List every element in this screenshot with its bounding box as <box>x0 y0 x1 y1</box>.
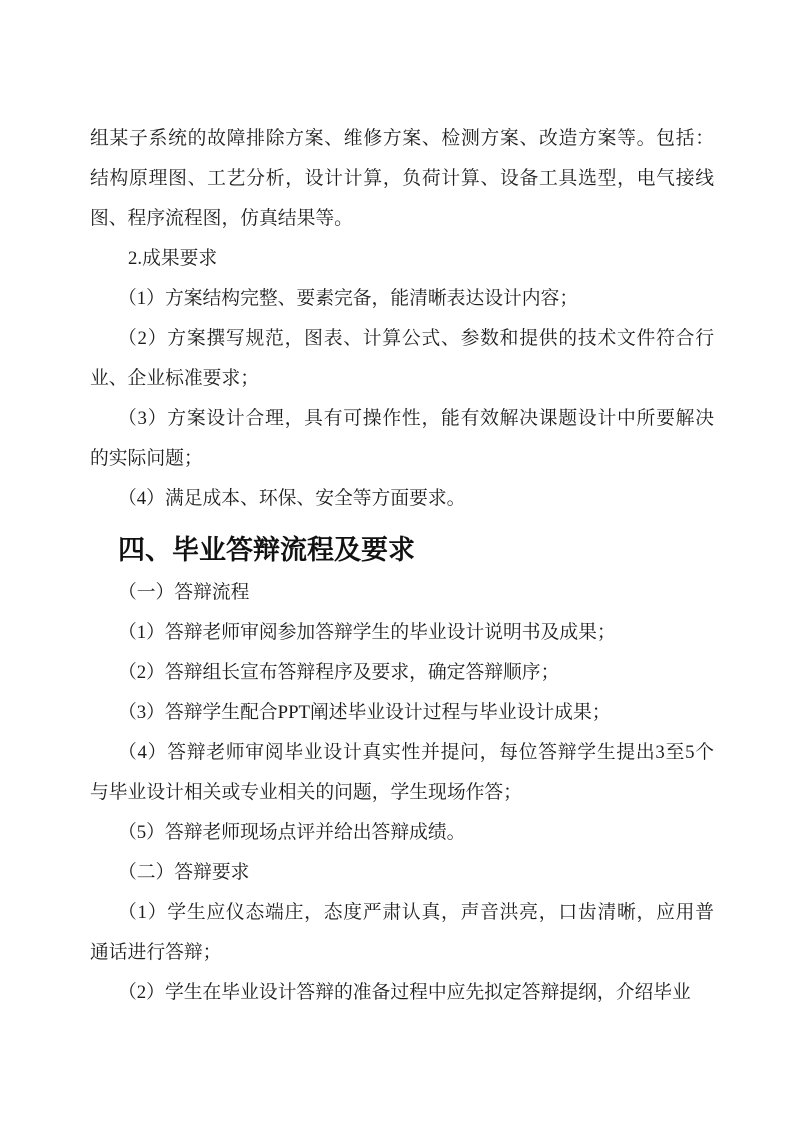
text-line: （4）满足成本、环保、安全等方面要求。 <box>90 479 714 519</box>
text-line: （2）学生在毕业设计答辩的准备过程中应先拟定答辩提纲，介绍毕业 <box>90 973 714 1013</box>
text-line: （二）答辩要求 <box>90 853 714 893</box>
text-line: （1）答辩老师审阅参加答辩学生的毕业设计说明书及成果； <box>90 613 714 653</box>
text-line: 通话进行答辩； <box>90 933 714 973</box>
text-line: 的实际问题； <box>90 439 714 479</box>
text-line: 业、企业标准要求； <box>90 359 714 399</box>
paragraph: （2）学生在毕业设计答辩的准备过程中应先拟定答辩提纲，介绍毕业 <box>90 973 714 1013</box>
paragraph: （一）答辩流程 <box>90 573 714 613</box>
text-line: 组某子系统的故障排除方案、维修方案、检测方案、改造方案等。包括： <box>90 119 714 159</box>
text-line: 与毕业设计相关或专业相关的问题，学生现场作答； <box>90 773 714 813</box>
paragraph: （4）满足成本、环保、安全等方面要求。 <box>90 479 714 519</box>
section-heading: 四、毕业答辩流程及要求 <box>90 527 714 573</box>
text-line: （5）答辩老师现场点评并给出答辩成绩。 <box>90 813 714 853</box>
text-line: （3）答辩学生配合PPT阐述毕业设计过程与毕业设计成果； <box>90 693 714 733</box>
paragraph: （3）方案设计合理，具有可操作性，能有效解决课题设计中所要解决的实际问题； <box>90 399 714 479</box>
paragraph: （二）答辩要求 <box>90 853 714 893</box>
document-body: 组某子系统的故障排除方案、维修方案、检测方案、改造方案等。包括：结构原理图、工艺… <box>90 119 714 1013</box>
text-line: （2）方案撰写规范，图表、计算公式、参数和提供的技术文件符合行 <box>90 319 714 359</box>
paragraph: （3）答辩学生配合PPT阐述毕业设计过程与毕业设计成果； <box>90 693 714 733</box>
paragraph: （2）方案撰写规范，图表、计算公式、参数和提供的技术文件符合行业、企业标准要求； <box>90 319 714 399</box>
text-line: 图、程序流程图，仿真结果等。 <box>90 199 714 239</box>
text-line: （1）学生应仪态端庄，态度严肃认真，声音洪亮，口齿清晰，应用普 <box>90 893 714 933</box>
paragraph: （2）答辩组长宣布答辩程序及要求，确定答辩顺序； <box>90 653 714 693</box>
text-line: （1）方案结构完整、要素完备，能清晰表达设计内容； <box>90 279 714 319</box>
paragraph: 组某子系统的故障排除方案、维修方案、检测方案、改造方案等。包括：结构原理图、工艺… <box>90 119 714 239</box>
paragraph: （1）答辩老师审阅参加答辩学生的毕业设计说明书及成果； <box>90 613 714 653</box>
paragraph: （4）答辩老师审阅毕业设计真实性并提问，每位答辩学生提出3至5个与毕业设计相关或… <box>90 733 714 813</box>
text-line: （2）答辩组长宣布答辩程序及要求，确定答辩顺序； <box>90 653 714 693</box>
paragraph: 2.成果要求 <box>90 239 714 279</box>
text-line: 2.成果要求 <box>90 239 714 279</box>
text-line: （4）答辩老师审阅毕业设计真实性并提问，每位答辩学生提出3至5个 <box>90 733 714 773</box>
document-page: 组某子系统的故障排除方案、维修方案、检测方案、改造方案等。包括：结构原理图、工艺… <box>0 0 793 1122</box>
text-line: （3）方案设计合理，具有可操作性，能有效解决课题设计中所要解决 <box>90 399 714 439</box>
section-heading-text: 四、毕业答辩流程及要求 <box>90 527 714 573</box>
paragraph: （1）方案结构完整、要素完备，能清晰表达设计内容； <box>90 279 714 319</box>
paragraph: （5）答辩老师现场点评并给出答辩成绩。 <box>90 813 714 853</box>
text-line: 结构原理图、工艺分析，设计计算，负荷计算、设备工具选型，电气接线 <box>90 159 714 199</box>
text-line: （一）答辩流程 <box>90 573 714 613</box>
paragraph: （1）学生应仪态端庄，态度严肃认真，声音洪亮，口齿清晰，应用普通话进行答辩； <box>90 893 714 973</box>
